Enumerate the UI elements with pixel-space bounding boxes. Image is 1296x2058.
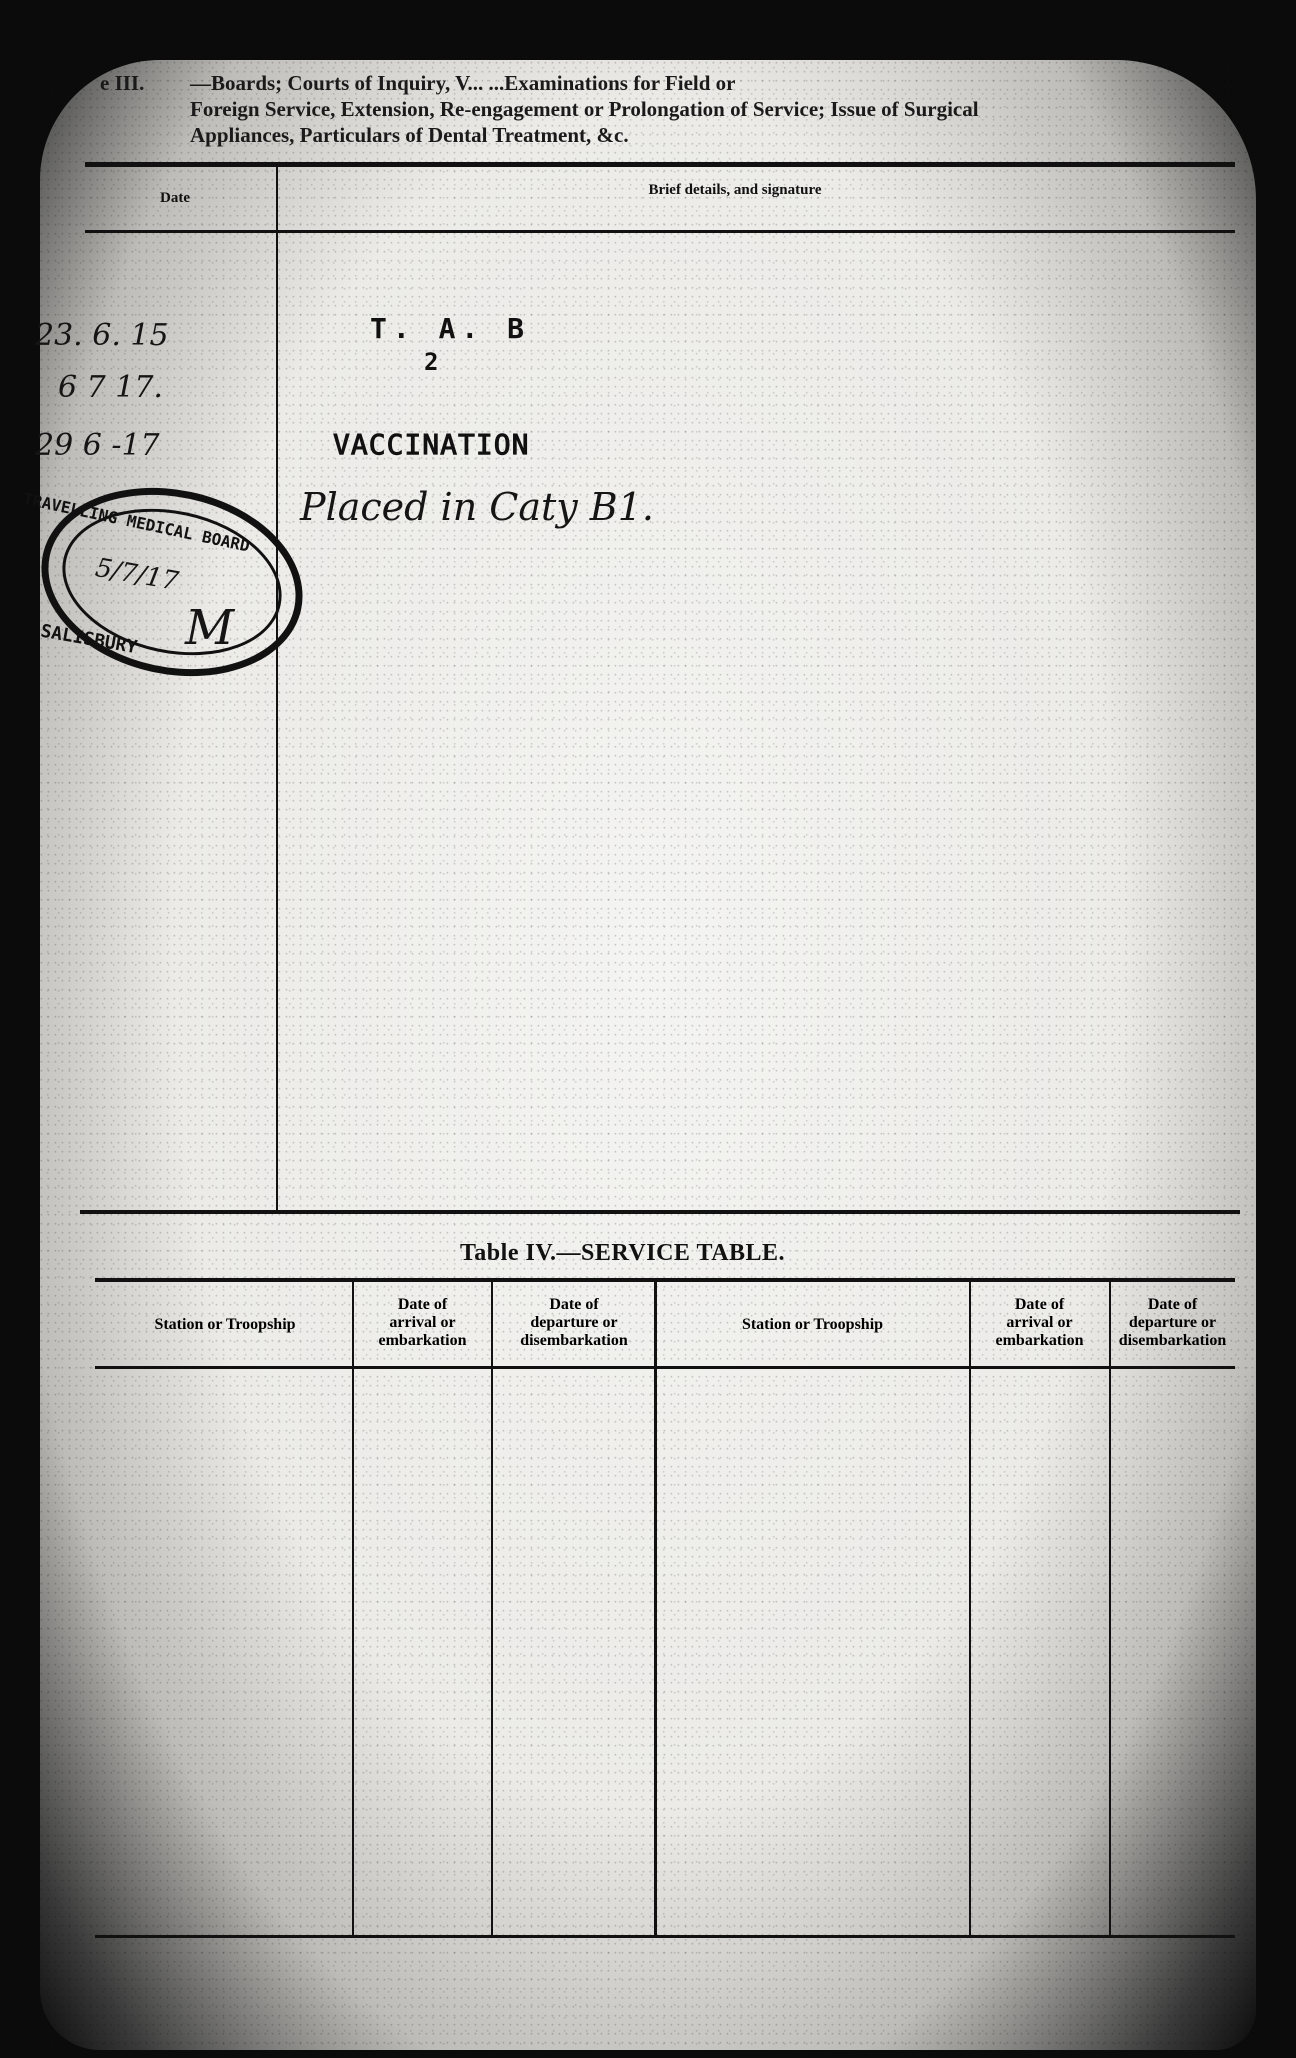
- table-iv-divider: [969, 1282, 971, 1937]
- column-header-arrival-2: Date of arrival or embarkation: [972, 1296, 1107, 1350]
- column-header-departure-1-line: departure or: [494, 1314, 654, 1332]
- column-header-arrival-2-line: arrival or: [972, 1314, 1107, 1332]
- table-iv-divider: [1109, 1282, 1111, 1937]
- table-iv-header-rule: [95, 1366, 1235, 1369]
- column-header-arrival-1: Date of arrival or embarkation: [355, 1296, 490, 1350]
- entry-detail-vaccination: VACCINATION: [333, 428, 529, 461]
- column-header-departure-2-line: disembarkation: [1110, 1332, 1235, 1350]
- column-header-departure-1: Date of departure or disembarkation: [494, 1296, 654, 1350]
- table-iii-top-rule: [85, 162, 1235, 167]
- entry-date-2: 6 7 17.: [58, 370, 163, 405]
- column-header-station-1: Station or Troopship: [110, 1316, 340, 1334]
- column-header-brief-details: Brief details, and signature: [560, 182, 910, 199]
- entry-detail-tab: T. A. B: [370, 312, 530, 345]
- table-iii-header-rule: [85, 230, 1235, 233]
- table-iv-title: Table IV.—SERVICE TABLE.: [460, 1240, 785, 1267]
- table-iii-column-divider: [276, 167, 278, 1212]
- column-header-arrival-2-line: embarkation: [972, 1332, 1107, 1350]
- table-iv-divider: [491, 1282, 493, 1937]
- table-iii-title-line-3: Appliances, Particulars of Dental Treatm…: [150, 122, 1250, 148]
- stamp-signature: M: [185, 600, 234, 656]
- column-header-arrival-1-line: Date of: [355, 1296, 490, 1314]
- column-header-station-2: Station or Troopship: [660, 1316, 965, 1334]
- table-iii-number: e III.: [100, 70, 144, 96]
- table-iv-top-rule: [95, 1278, 1235, 1282]
- column-header-departure-1-line: disembarkation: [494, 1332, 654, 1350]
- table-iii-bottom-rule: [80, 1210, 1240, 1214]
- entry-detail-category: Placed in Caty B1.: [300, 485, 654, 529]
- table-iii-title-line-1: —Boards; Courts of Inquiry, V... ...Exam…: [150, 70, 1250, 96]
- column-header-date: Date: [110, 190, 240, 207]
- table-iii-heading: e III. —Boards; Courts of Inquiry, V... …: [150, 70, 1250, 148]
- column-header-departure-2-line: departure or: [1110, 1314, 1235, 1332]
- table-iii-title-line-2: Foreign Service, Extension, Re-engagemen…: [150, 96, 1250, 122]
- entry-date-3: 29 6 -17: [35, 428, 160, 463]
- entry-detail-tab-dose: 2: [424, 348, 438, 376]
- column-header-arrival-1-line: arrival or: [355, 1314, 490, 1332]
- column-header-arrival-1-line: embarkation: [355, 1332, 490, 1350]
- document-page: [40, 60, 1256, 2050]
- table-iv-bottom-rule: [95, 1935, 1235, 1938]
- table-iv-divider: [352, 1282, 354, 1937]
- column-header-departure-1-line: Date of: [494, 1296, 654, 1314]
- column-header-departure-2-line: Date of: [1110, 1296, 1235, 1314]
- entry-date-1: 23. 6. 15: [35, 318, 169, 353]
- column-header-arrival-2-line: Date of: [972, 1296, 1107, 1314]
- table-iv-divider: [654, 1282, 657, 1937]
- column-header-departure-2: Date of departure or disembarkation: [1110, 1296, 1235, 1350]
